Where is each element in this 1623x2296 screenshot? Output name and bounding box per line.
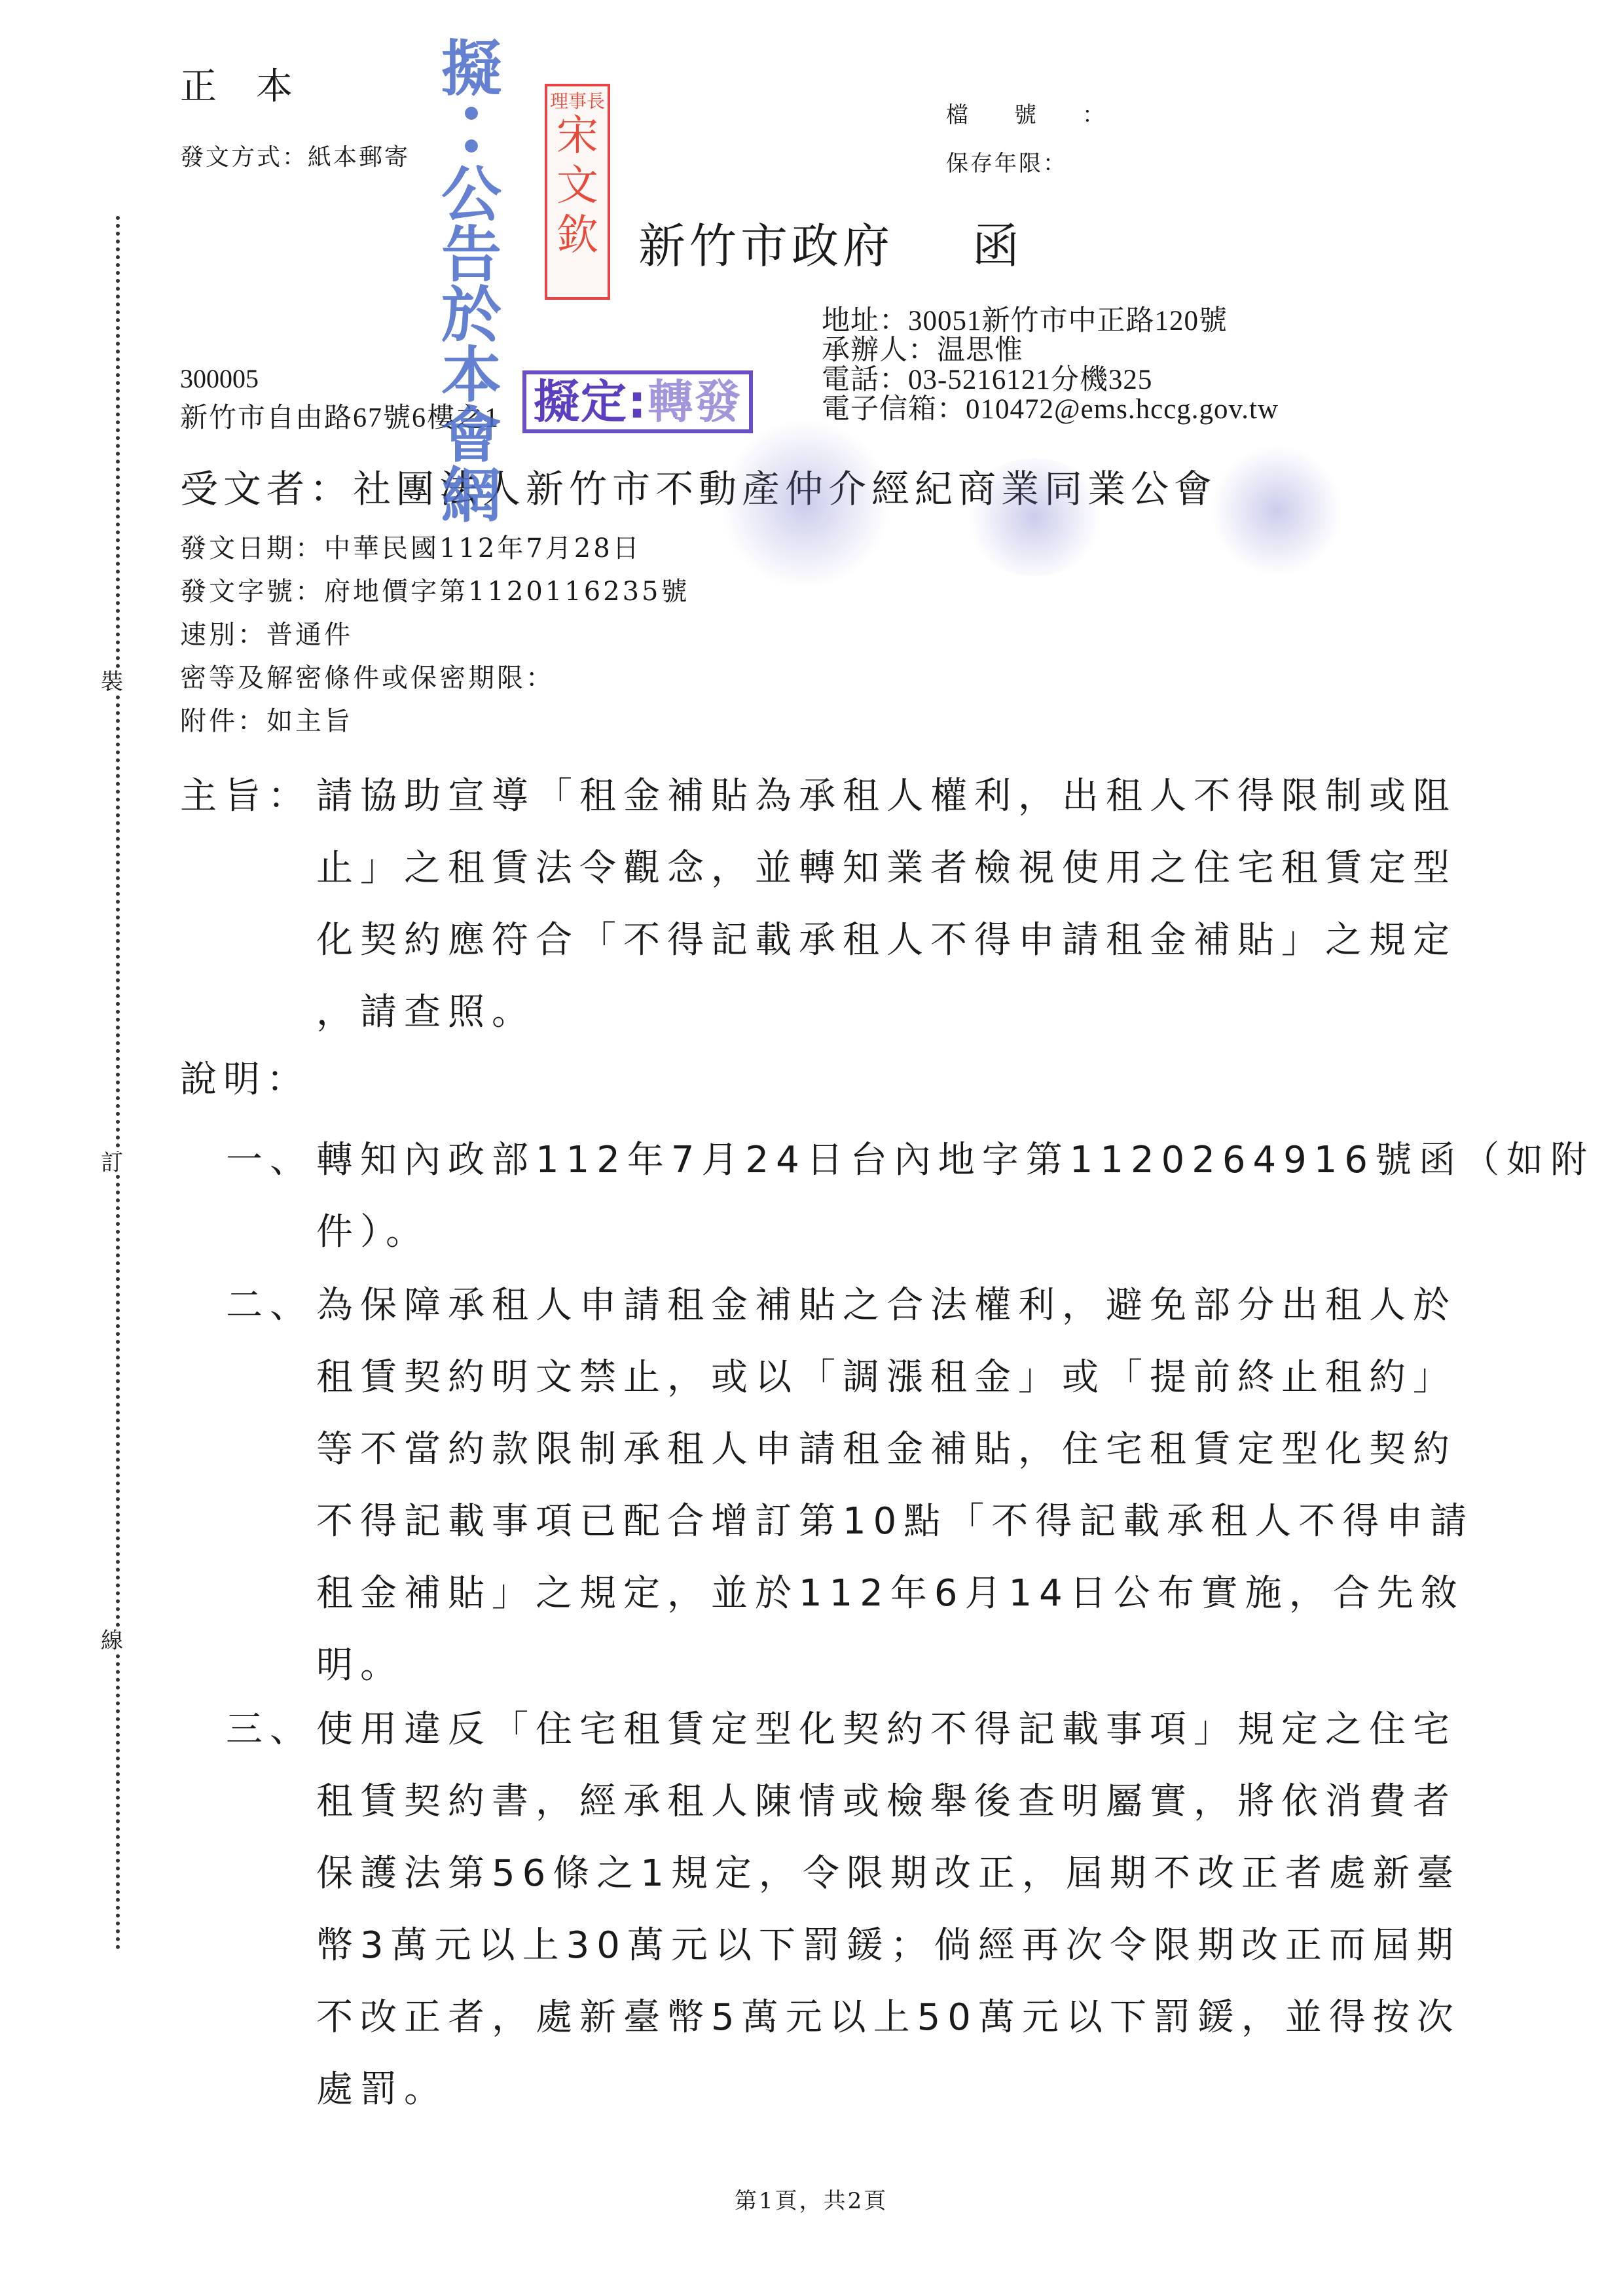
binding-char-xian: 線 [101, 1630, 123, 1652]
item-line: 處罰。 [316, 2054, 1461, 2126]
subject-label: 主旨： [180, 761, 312, 833]
ink-smudge [720, 419, 890, 589]
receiver-zip: 300005 [180, 363, 259, 394]
item-line: 不得記載事項已配合增訂第10點「不得記載承租人不得申請 [316, 1486, 1474, 1558]
item-line: 租賃契約明文禁止，或以「調漲租金」或「提前終止租約」 [316, 1342, 1474, 1414]
confidentiality: 密等及解密條件或保密期限： [180, 656, 690, 700]
file-number-label: 檔號 [946, 102, 1082, 128]
doc-number: 發文字號：府地價字第1120116235號 [180, 570, 690, 613]
document-title: 新竹市政府函 [638, 208, 1023, 276]
stamp-char: 告 [435, 225, 507, 285]
file-number-colon: ： [1082, 102, 1104, 128]
item-line: 租賃契約書，經承租人陳情或檢舉後查明屬實，將依消費者 [316, 1766, 1461, 1838]
binding-char-zhuang: 裝 [101, 671, 123, 693]
binding-char-ding: 訂 [101, 1152, 123, 1174]
seal-name-char: 文 [547, 161, 608, 211]
subject-line: 請協助宣導「租金補貼為承租人權利，出租人不得限制或阻 [316, 761, 1495, 833]
seal-title: 理事長 [547, 92, 608, 111]
ink-smudge [962, 458, 1106, 576]
binding-line [116, 216, 120, 1950]
item-line: 幣3萬元以上30萬元以下罰鍰；倘經再次令限期改正而屆期 [316, 1910, 1461, 1982]
stamp-char: 會 [435, 406, 507, 466]
announce-stamp: 擬 ・ ・ 公 告 於 本 會 網 [435, 39, 507, 526]
doc-type: 函 [972, 219, 1023, 274]
send-method: 發文方式：紙本郵寄 [180, 139, 410, 172]
chairman-seal: 理事長 宋 文 欽 [545, 84, 610, 300]
stamp-char: 公 [435, 165, 507, 225]
seal-name-char: 宋 [547, 111, 608, 161]
item-line: 為保障承租人申請租金補貼之合法權利，避免部分出租人於 [316, 1270, 1474, 1342]
stamp-char: 網 [435, 466, 507, 526]
subject-line: 止」之租賃法令觀念，並轉知業者檢視使用之住宅租賃定型 [316, 833, 1495, 905]
item-line: 使用違反「住宅租賃定型化契約不得記載事項」規定之住宅 [316, 1694, 1461, 1766]
subject-line: ，請查照。 [316, 977, 1495, 1049]
item-line: 不改正者，處新臺幣5萬元以上50萬元以下罰鍰，並得按次 [316, 1982, 1461, 2054]
meta-block: 發文日期：中華民國112年7月28日 發文字號：府地價字第1120116235號… [180, 527, 690, 743]
stamp-decision-value: 轉發 [647, 375, 742, 429]
issue-date: 發文日期：中華民國112年7月28日 [180, 527, 690, 570]
file-number-field: 檔號： [946, 97, 1104, 129]
retention-period: 保存年限： [946, 145, 1067, 177]
item-number: 一、 [226, 1124, 314, 1196]
ink-smudge [1211, 445, 1342, 576]
stamp-char: 本 [435, 346, 507, 406]
subject-body: 請協助宣導「租金補貼為承租人權利，出租人不得限制或阻 止」之租賃法令觀念，並轉知… [316, 761, 1495, 1049]
contact-phone: 電話：03-5216121分機325 [822, 365, 1279, 395]
item-line: 租金補貼」之規定，並於112年6月14日公布實施，合先敘 [316, 1558, 1474, 1630]
contact-block: 地址：30051新竹市中正路120號 承辦人：温思惟 電話：03-5216121… [822, 306, 1279, 424]
stamp-char: 於 [435, 285, 507, 346]
attachments: 附件：如主旨 [180, 700, 690, 743]
item-number: 二、 [226, 1270, 314, 1342]
priority: 速別：普通件 [180, 613, 690, 656]
item-line: 明。 [316, 1630, 1474, 1702]
item-line: 等不當約款限制承租人申請租金補貼，住宅租賃定型化契約 [316, 1414, 1474, 1486]
subject-line: 化契約應符合「不得記載承租人不得申請租金補貼」之規定 [316, 905, 1495, 977]
contact-address: 地址：30051新竹市中正路120號 [822, 306, 1279, 336]
copy-mark: 正本 [180, 58, 332, 110]
item-number: 三、 [226, 1694, 314, 1766]
contact-handler: 承辦人：温思惟 [822, 336, 1279, 365]
page-number: 第1頁，共2頁 [735, 2183, 888, 2215]
stamp-decision-label: 擬定: [534, 375, 647, 429]
contact-email: 電子信箱：010472@ems.hccg.gov.tw [822, 395, 1279, 424]
item-line: 轉知內政部112年7月24日台內地字第1120264916號函（如附 [316, 1124, 1594, 1196]
seal-name-char: 欽 [547, 211, 608, 260]
decision-stamp: 擬定:轉發 [522, 370, 753, 433]
item-line: 件）。 [316, 1196, 1594, 1268]
org-name: 新竹市政府 [638, 219, 894, 274]
item-line: 保護法第56條之1規定，令限期改正，屆期不改正者處新臺 [316, 1838, 1461, 1910]
explanation-label: 說明： [180, 1050, 310, 1103]
